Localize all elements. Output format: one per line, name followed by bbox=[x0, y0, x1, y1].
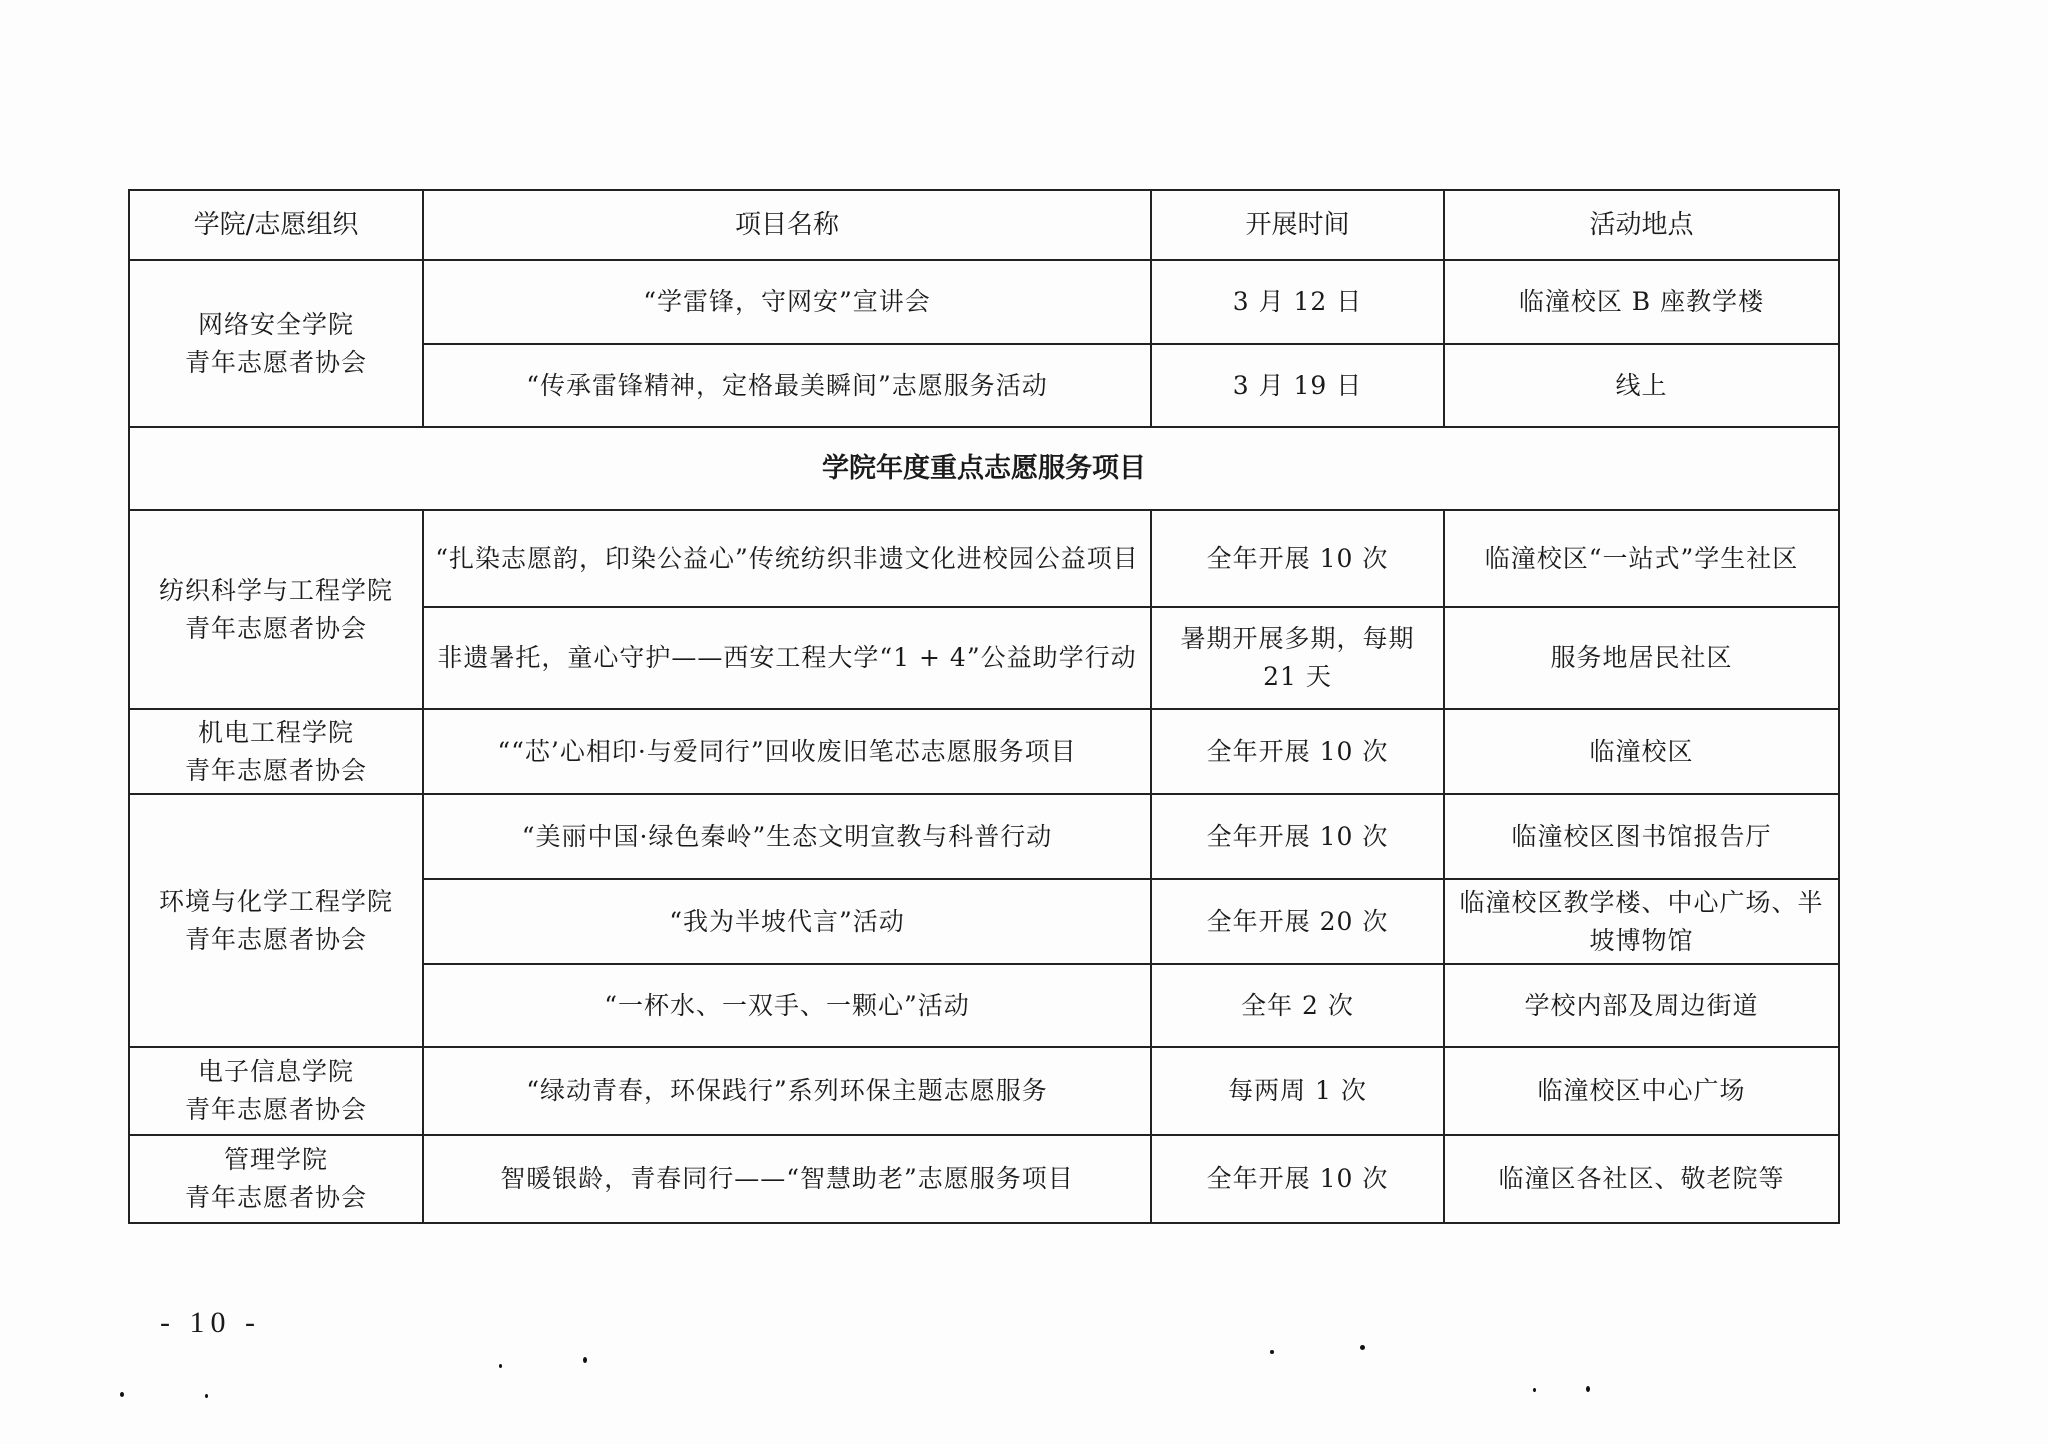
table-row: 管理学院 青年志愿者协会 智暖银龄，青春同行——“智慧助老”志愿服务项目 全年开… bbox=[129, 1135, 1839, 1223]
scan-speck bbox=[1586, 1386, 1590, 1392]
document-page: 学院/志愿组织 项目名称 开展时间 活动地点 网络安全学院 青年志愿者协会 “学… bbox=[0, 0, 2048, 1444]
location-cell: 临潼区各社区、敬老院等 bbox=[1444, 1135, 1839, 1223]
location-cell: 临潼校区图书馆报告厅 bbox=[1444, 794, 1839, 879]
project-name-cell: 智暖银龄，青春同行——“智慧助老”志愿服务项目 bbox=[423, 1135, 1151, 1223]
organization-cell: 机电工程学院 青年志愿者协会 bbox=[129, 709, 423, 794]
location-cell: 临潼校区 bbox=[1444, 709, 1839, 794]
project-name-cell: “绿动青春，环保践行”系列环保主题志愿服务 bbox=[423, 1047, 1151, 1135]
scan-speck bbox=[205, 1394, 208, 1398]
table-row: 机电工程学院 青年志愿者协会 ““芯’心相印·与爱同行”回收废旧笔芯志愿服务项目… bbox=[129, 709, 1839, 794]
project-name-cell: “传承雷锋精神，定格最美瞬间”志愿服务活动 bbox=[423, 344, 1151, 427]
scan-speck bbox=[583, 1357, 587, 1363]
location-cell: 线上 bbox=[1444, 344, 1839, 427]
project-name-cell: “美丽中国·绿色秦岭”生态文明宣教与科普行动 bbox=[423, 794, 1151, 879]
table-row: 纺织科学与工程学院 青年志愿者协会 “扎染志愿韵，印染公益心”传统纺织非遗文化进… bbox=[129, 510, 1839, 607]
scan-speck bbox=[1270, 1350, 1274, 1354]
time-cell: 暑期开展多期，每期 21 天 bbox=[1151, 607, 1444, 709]
project-name-cell: “我为半坡代言”活动 bbox=[423, 879, 1151, 964]
scan-speck bbox=[1360, 1345, 1365, 1350]
time-cell: 每两周 1 次 bbox=[1151, 1047, 1444, 1135]
scan-speck bbox=[120, 1392, 124, 1397]
project-name-cell: ““芯’心相印·与爱同行”回收废旧笔芯志愿服务项目 bbox=[423, 709, 1151, 794]
time-cell: 全年开展 10 次 bbox=[1151, 709, 1444, 794]
header-location: 活动地点 bbox=[1444, 190, 1839, 260]
organization-cell: 网络安全学院 青年志愿者协会 bbox=[129, 260, 423, 427]
time-cell: 全年 2 次 bbox=[1151, 964, 1444, 1047]
organization-cell: 环境与化学工程学院 青年志愿者协会 bbox=[129, 794, 423, 1047]
section-title: 学院年度重点志愿服务项目 bbox=[129, 427, 1839, 510]
time-cell: 全年开展 10 次 bbox=[1151, 794, 1444, 879]
table-row: 电子信息学院 青年志愿者协会 “绿动青春，环保践行”系列环保主题志愿服务 每两周… bbox=[129, 1047, 1839, 1135]
organization-cell: 管理学院 青年志愿者协会 bbox=[129, 1135, 423, 1223]
location-cell: 服务地居民社区 bbox=[1444, 607, 1839, 709]
organization-cell: 纺织科学与工程学院 青年志愿者协会 bbox=[129, 510, 423, 709]
time-cell: 3 月 12 日 bbox=[1151, 260, 1444, 344]
location-cell: 临潼校区教学楼、中心广场、半坡博物馆 bbox=[1444, 879, 1839, 964]
table-header-row: 学院/志愿组织 项目名称 开展时间 活动地点 bbox=[129, 190, 1839, 260]
section-title-row: 学院年度重点志愿服务项目 bbox=[129, 427, 1839, 510]
time-cell: 3 月 19 日 bbox=[1151, 344, 1444, 427]
time-cell: 全年开展 10 次 bbox=[1151, 1135, 1444, 1223]
header-project-name: 项目名称 bbox=[423, 190, 1151, 260]
project-name-cell: “一杯水、一双手、一颗心”活动 bbox=[423, 964, 1151, 1047]
header-time: 开展时间 bbox=[1151, 190, 1444, 260]
location-cell: 学校内部及周边街道 bbox=[1444, 964, 1839, 1047]
project-name-cell: 非遗暑托，童心守护——西安工程大学“1 + 4”公益助学行动 bbox=[423, 607, 1151, 709]
project-name-cell: “学雷锋，守网安”宣讲会 bbox=[423, 260, 1151, 344]
project-name-cell: “扎染志愿韵，印染公益心”传统纺织非遗文化进校园公益项目 bbox=[423, 510, 1151, 607]
location-cell: 临潼校区“一站式”学生社区 bbox=[1444, 510, 1839, 607]
volunteer-projects-table: 学院/志愿组织 项目名称 开展时间 活动地点 网络安全学院 青年志愿者协会 “学… bbox=[128, 189, 1840, 1224]
header-organization: 学院/志愿组织 bbox=[129, 190, 423, 260]
location-cell: 临潼校区 B 座教学楼 bbox=[1444, 260, 1839, 344]
time-cell: 全年开展 20 次 bbox=[1151, 879, 1444, 964]
scan-speck bbox=[1533, 1388, 1536, 1392]
table-row: 环境与化学工程学院 青年志愿者协会 “美丽中国·绿色秦岭”生态文明宣教与科普行动… bbox=[129, 794, 1839, 879]
scan-speck bbox=[499, 1364, 502, 1368]
time-cell: 全年开展 10 次 bbox=[1151, 510, 1444, 607]
table-row: 网络安全学院 青年志愿者协会 “学雷锋，守网安”宣讲会 3 月 12 日 临潼校… bbox=[129, 260, 1839, 344]
organization-cell: 电子信息学院 青年志愿者协会 bbox=[129, 1047, 423, 1135]
page-number: - 10 - bbox=[160, 1306, 261, 1340]
location-cell: 临潼校区中心广场 bbox=[1444, 1047, 1839, 1135]
